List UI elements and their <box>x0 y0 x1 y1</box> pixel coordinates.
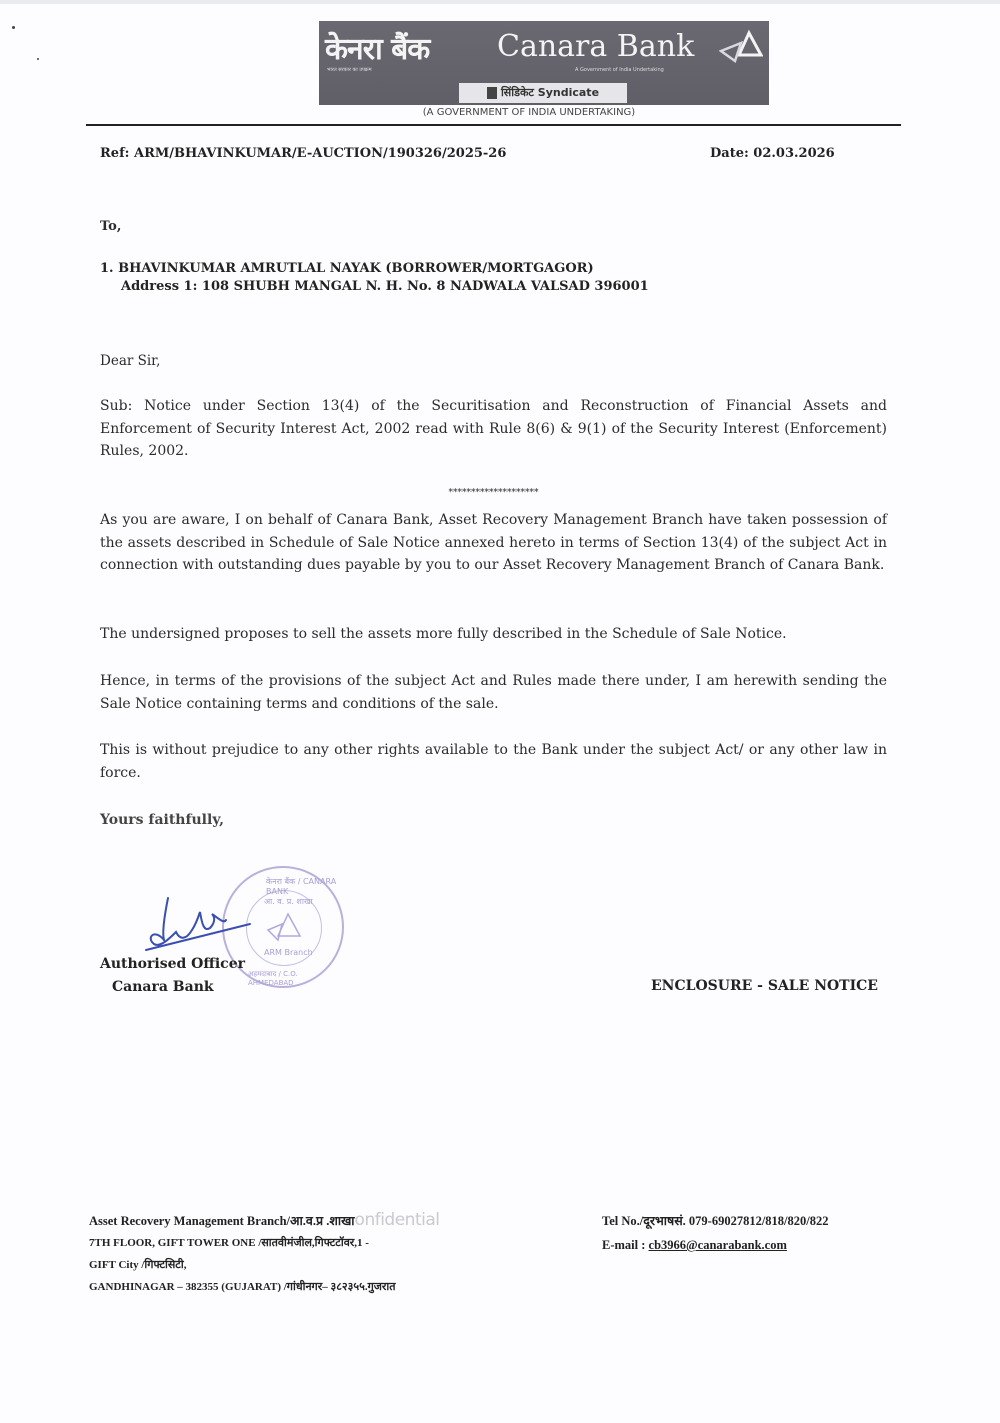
to-label: To, <box>100 219 121 234</box>
page-edge <box>0 0 1000 4</box>
syndicate-badge: सिंडिकेट Syndicate <box>459 83 627 103</box>
subject-line: Sub: Notice under Section 13(4) of the S… <box>100 395 887 463</box>
footer-contact: Tel No./दूरभाषसं. 079-69027812/818/820/8… <box>602 1209 829 1257</box>
letterhead-banner: केनरा बैंक Canara Bank भारत सरकार का उपक… <box>319 21 769 105</box>
letter-date: Date: 02.03.2026 <box>710 146 835 161</box>
address-line: GANDHINAGAR – 382355 (GUJARAT) /गांधीनगर… <box>89 1276 439 1298</box>
syndicate-label: सिंडिकेट Syndicate <box>501 86 599 99</box>
body-paragraph: This is without prejudice to any other r… <box>100 739 887 784</box>
addressee-address: Address 1: 108 SHUBH MANGAL N. H. No. 8 … <box>100 278 649 296</box>
stamp-middle-text: आ. व. प्र. शाखा <box>264 896 313 907</box>
email-label: E-mail : <box>602 1238 649 1252</box>
telephone-numbers: Tel No./दूरभाषसं. 079-69027812/818/820/8… <box>602 1209 829 1233</box>
signatory-organization: Canara Bank <box>100 976 245 999</box>
reference-number: Ref: ARM/BHAVINKUMAR/E-AUCTION/190326/20… <box>100 146 506 161</box>
footer-address: Asset Recovery Management Branch/आ.व.प्र… <box>89 1209 439 1298</box>
header-divider <box>86 124 901 126</box>
stamp-top-text: केनरा बैंक / CANARA BANK <box>266 876 342 896</box>
scan-speck <box>12 26 15 29</box>
closing: Yours faithfully, <box>100 812 224 828</box>
syndicate-logo-icon <box>487 87 497 99</box>
addressee-name: 1. BHAVINKUMAR AMRUTLAL NAYAK (BORROWER/… <box>100 260 649 278</box>
addressee-block: 1. BHAVINKUMAR AMRUTLAL NAYAK (BORROWER/… <box>100 260 649 296</box>
english-tagline: A Government of India Undertaking <box>575 67 664 73</box>
branch-name: Asset Recovery Management Branch/आ.व.प्र… <box>89 1214 355 1228</box>
enclosure-note: ENCLOSURE - SALE NOTICE <box>651 978 878 994</box>
body-paragraph: Hence, in terms of the provisions of the… <box>100 670 887 715</box>
signatory-title: Authorised Officer <box>100 953 245 976</box>
signatory-block: Authorised Officer Canara Bank <box>100 953 245 999</box>
body-paragraph: As you are aware, I on behalf of Canara … <box>100 509 887 577</box>
confidential-watermark: onfidential <box>355 1210 440 1230</box>
bank-name-hindi: केनरा बैंक <box>325 27 429 68</box>
scan-speck <box>37 58 39 60</box>
signature-icon <box>140 888 260 958</box>
email-line: E-mail : cb3966@canarabank.com <box>602 1233 829 1257</box>
bank-name: Canara Bank <box>497 29 694 64</box>
email-link[interactable]: cb3966@canarabank.com <box>649 1238 787 1252</box>
hindi-tagline: भारत सरकार का उपक्रम <box>327 67 372 73</box>
government-undertaking-line: (A GOVERNMENT OF INDIA UNDERTAKING) <box>319 107 739 118</box>
salutation: Dear Sir, <box>100 353 160 369</box>
address-line: GIFT City /गिफ्टसिटी, <box>89 1254 439 1276</box>
address-line: 7TH FLOOR, GIFT TOWER ONE /सातवीमंजील,गि… <box>89 1232 439 1254</box>
stamp-logo-icon <box>266 912 302 942</box>
canara-bank-logo-icon <box>719 29 763 63</box>
body-paragraph: The undersigned proposes to sell the ass… <box>100 623 887 646</box>
stamp-bottom-text: ARM Branch <box>264 948 313 957</box>
separator: ******************** <box>100 488 887 498</box>
stamp-rim-text: अहमदाबाद / C.O. AHMEDABAD <box>248 970 342 987</box>
